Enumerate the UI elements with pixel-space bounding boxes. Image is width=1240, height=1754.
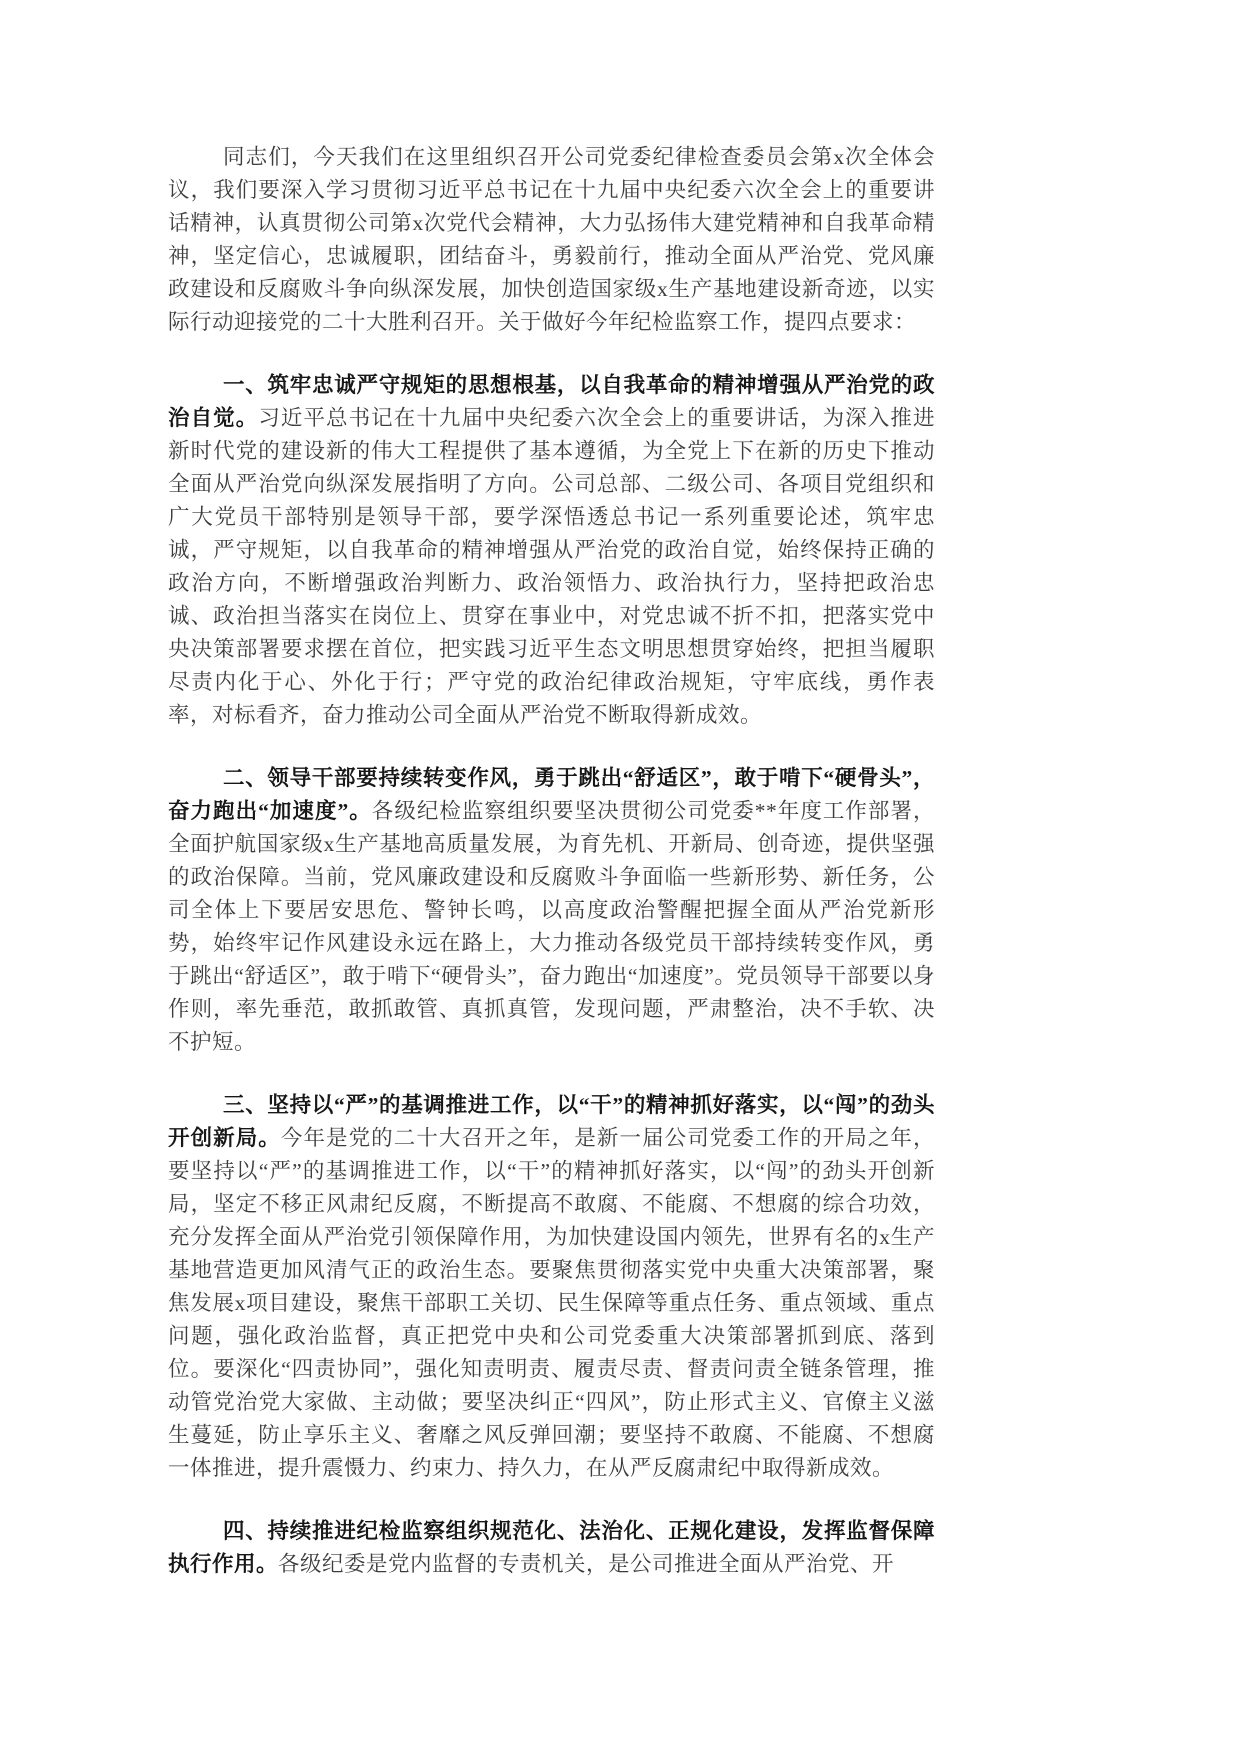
intro-paragraph: 同志们，今天我们在这里组织召开公司党委纪律检查委员会第x次全体会议，我们要深入学…	[168, 141, 935, 339]
section-3-body: 今年是党的二十大召开之年，是新一届公司党委工作的开局之年，要坚持以“严”的基调推…	[168, 1126, 935, 1480]
intro-paragraph-text: 同志们，今天我们在这里组织召开公司党委纪律检查委员会第x次全体会议，我们要深入学…	[168, 145, 935, 334]
document-page: 同志们，今天我们在这里组织召开公司党委纪律检查委员会第x次全体会议，我们要深入学…	[0, 0, 1240, 1754]
section-2-body: 各级纪检监察组织要坚决贯彻公司党委**年度工作部署，全面护航国家级x生产基地高质…	[168, 799, 935, 1054]
section-4-body: 各级纪委是党内监督的专责机关，是公司推进全面从严治党、开	[278, 1552, 894, 1576]
section-1-body: 习近平总书记在十九届中央纪委六次全会上的重要讲话，为深入推进新时代党的建设新的伟…	[168, 406, 935, 727]
section-3-paragraph: 三、坚持以“严”的基调推进工作，以“干”的精神抓好落实，以“闯”的劲头开创新局。…	[168, 1089, 935, 1485]
section-1-paragraph: 一、筑牢忠诚严守规矩的思想根基，以自我革命的精神增强从严治党的政治自觉。习近平总…	[168, 369, 935, 732]
document-text-block: 同志们，今天我们在这里组织召开公司党委纪律检查委员会第x次全体会议，我们要深入学…	[168, 141, 935, 1581]
section-2-paragraph: 二、领导干部要持续转变作风，勇于跳出“舒适区”，敢于啃下“硬骨头”，奋力跑出“加…	[168, 762, 935, 1059]
section-4-paragraph: 四、持续推进纪检监察组织规范化、法治化、正规化建设，发挥监督保障执行作用。各级纪…	[168, 1515, 935, 1581]
